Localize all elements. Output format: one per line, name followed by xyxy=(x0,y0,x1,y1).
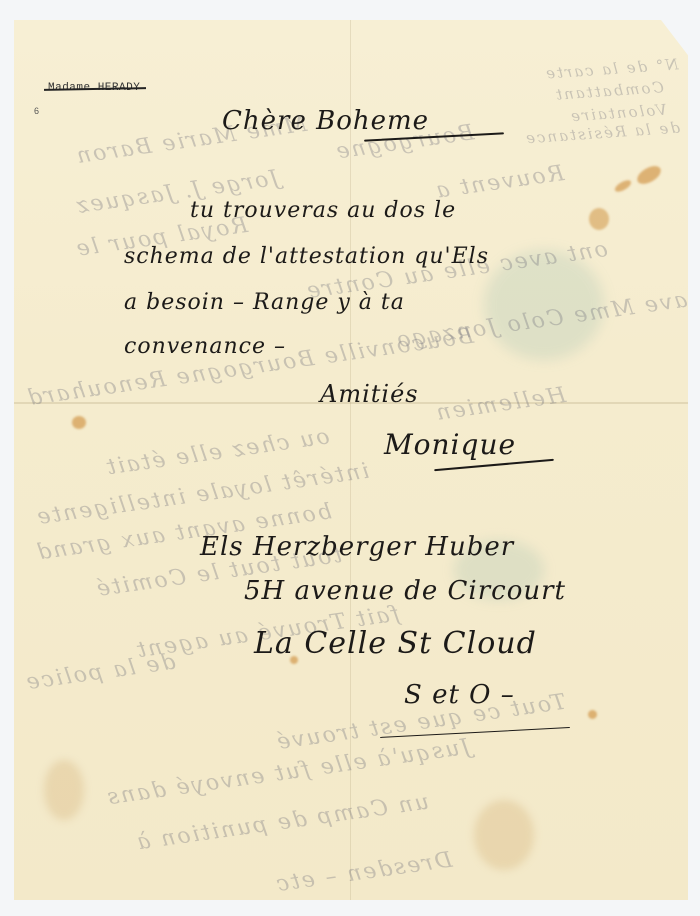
body-line-3: a besoin – Range y à ta xyxy=(124,290,405,315)
address-line-4: S et O – xyxy=(404,680,515,710)
address-line-1: Els Herzberger Huber xyxy=(200,532,514,562)
signature: Monique xyxy=(384,428,516,461)
bleed-text: Hellemien xyxy=(433,383,568,426)
stain xyxy=(613,178,633,194)
closing: Amitiés xyxy=(320,380,419,408)
bleed-text: Combattant xyxy=(554,78,665,104)
stain xyxy=(474,800,534,870)
bleed-text: Dresden – etc xyxy=(273,848,454,898)
stain xyxy=(72,416,86,429)
stain xyxy=(634,162,664,187)
body-line-4: convenance – xyxy=(124,334,286,359)
page-mark: 6 xyxy=(34,106,39,116)
typed-header: Madame HERADY xyxy=(48,82,140,94)
body-line-1: tu trouveras au dos le xyxy=(190,198,456,223)
bleed-text: de la police xyxy=(23,650,177,696)
address-line-2: 5H avenue de Circourt xyxy=(244,576,566,606)
stain xyxy=(44,760,84,820)
salutation: Chère Boheme xyxy=(222,106,429,136)
stain xyxy=(589,208,609,230)
address-line-3: La Celle St Cloud xyxy=(254,626,537,661)
letter-page: N° de la carte Combattant Volontaire de … xyxy=(14,20,688,900)
body-line-2: schema de l'attestation qu'Els xyxy=(124,244,489,269)
stain xyxy=(588,710,597,719)
